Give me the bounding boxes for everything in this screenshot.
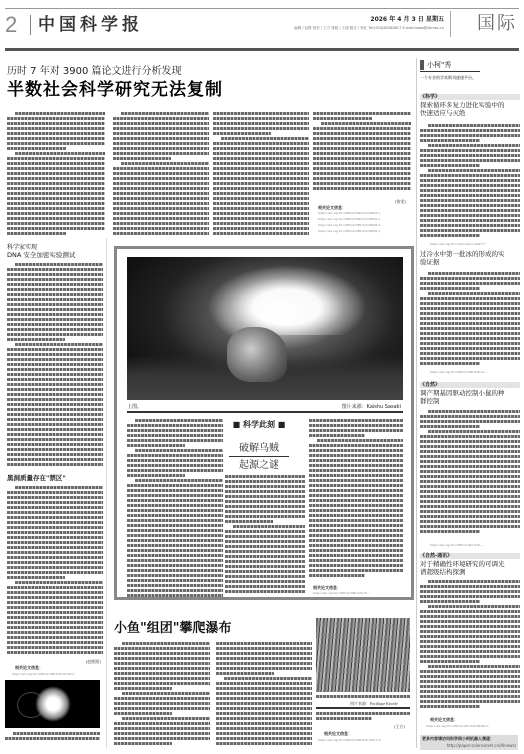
left-story3-source-tag: (赵熙熙) [86,659,101,665]
coral-shape [207,265,367,335]
left-story3-ref-link[interactable]: https://doi.org/10.1038/s41586-026-10169… [12,672,74,676]
bottom-photo-caption [316,695,410,700]
lead-body-col1 [7,112,105,237]
item4-journal: 《自然-通讯》 [420,552,452,560]
lead-ref-link-1[interactable]: https://doi.org/10.1038/s41586-025-09978… [318,211,380,215]
item4-title: 对于精确性环境研究的可调光谱超级结构探测 [420,560,508,576]
masthead-divider [30,15,31,35]
feature-body-col3 [309,419,403,584]
right-section-title: 小柯"秀 [427,61,451,70]
bottom-headline: 小鱼"组团"攀爬瀑布 [114,617,232,636]
lead-ref-link-3[interactable]: https://doi.org/10.1038/s41586-025-09844… [318,223,380,227]
bottom-rule [316,707,410,709]
cuttlefish-shape [227,327,287,382]
item2-title: 过冷水中第一批冰的形成的实验证据 [420,250,508,266]
lead-ref-link-4[interactable]: https://doi.org/10.1038/s41586-025-09820… [318,229,380,233]
item4-ref-link[interactable]: https://doi.org/10.1038/s41467-026-69462… [426,724,488,728]
feature-photo-credit: 图片来源：Kaishu Sasaki [342,403,401,410]
item3-journal: 《自然》 [420,381,440,389]
issue-date: 2026 年 4 月 3 日 星期五 [370,14,444,23]
section-name: 国际 [477,12,517,36]
left-story3-refs-label: 相关论文信息： [15,665,43,671]
feature-ref-link[interactable]: https://doi.org/10.1038/s41586-026-10... [313,591,370,595]
lead-body-col4 [313,112,411,192]
section-marker-icon [420,60,424,70]
right-section-subtitle: 一个专业的学术期刊速递平台。 [420,73,476,82]
star-burst [35,686,71,722]
bottom-body-col1 [114,642,210,750]
bottom-ref-link[interactable]: https://doi.org/10.1038/s41598-026-12913… [318,738,380,742]
item3-body [420,410,520,540]
feature-photo-caption: 上图。 [127,403,142,410]
feature-rubric: ■ 科学此刻 ■ [229,419,289,430]
item1-title: 探索循环多复力进化实验中的快速适应与灭绝 [420,101,508,117]
item2-body [420,272,520,372]
masthead: 2 中国科学报 2026 年 4 月 3 日 星期五 编辑 / 赵路 校对 / … [5,8,519,48]
feature-body-col1 [127,419,223,597]
more-content-box: 更多内容请访问科学网小柯机器人频道： http://paper.sciencen… [420,735,518,750]
lead-ref-link-2[interactable]: https://doi.org/10.1038/s41586-025-09844… [318,217,380,221]
contact-info: 编辑 / 赵路 校对 / 王方 排版 / 王丽 版式 / 李红 Tel:(010… [294,26,444,31]
black-hole-photo [5,680,100,728]
fish-waterfall-photo [316,618,410,692]
item1-body [420,124,520,242]
lead-source-tag: (鲁雯) [395,199,406,205]
feature-frame: 上图。 图片来源：Kaishu Sasaki ■ 科学此刻 ■ 破解乌贼 起源之… [114,246,414,600]
right-column-divider [416,58,417,748]
item1-journal: 《科学》 [420,93,440,101]
feature-title-line1: 破解乌贼 [229,439,289,457]
left-story2-body [7,486,103,656]
lead-headline: 半数社会科学研究无法复制 [7,75,223,100]
more-content-link[interactable]: http://paper.sciencenet.cn/AInews/ [420,743,518,748]
item3-ref-link[interactable]: https://doi.org/10.1038/s41467-026-... [430,543,483,547]
lead-body-col3 [213,112,309,240]
paper-name: 中国科学报 [38,15,143,35]
feature-title-line2: 起源之谜 [229,456,289,471]
more-content-label: 更多内容请访问科学网小柯机器人频道： [420,735,518,743]
feature-rule [127,411,403,413]
bottom-refs-label: 相关论文信息： [324,731,352,737]
item2-ref-link[interactable]: https://doi.org/10.1038/s41586-026-10... [430,370,487,374]
item4-body [420,580,520,716]
page-number: 2 [5,13,17,37]
bottom-source-tag: (王方) [394,724,405,730]
masthead-rule [5,48,519,51]
section-title-rule [420,71,480,72]
item4-refs-label: 相关论文信息： [430,717,458,723]
item3-title: 调产期基因驱动控制小鼠的种群控制 [420,389,508,405]
left-story1-body [7,263,103,468]
cuttlefish-coral-photo [127,257,403,400]
right-column: 小柯"秀 一个专业的学术期刊速递平台。 《科学》 探索循环多复力进化实验中的快速… [420,60,520,750]
rubric-text: 科学此刻 [243,420,275,429]
black-hole-photo-caption [5,732,100,746]
bottom-body-col2 [216,642,312,750]
section-divider [450,11,451,37]
column-divider [106,238,107,748]
feature-body-col2 [225,475,305,597]
left-story1-headline: DNA 安全加密实验测试 [7,251,75,260]
left-story2-headline: 黑洞质量存在"禁区" [7,474,66,482]
item1-ref-link[interactable]: https://doi.org/10.1126/science.adr9777 [430,242,486,246]
lead-body-col2 [113,112,209,240]
